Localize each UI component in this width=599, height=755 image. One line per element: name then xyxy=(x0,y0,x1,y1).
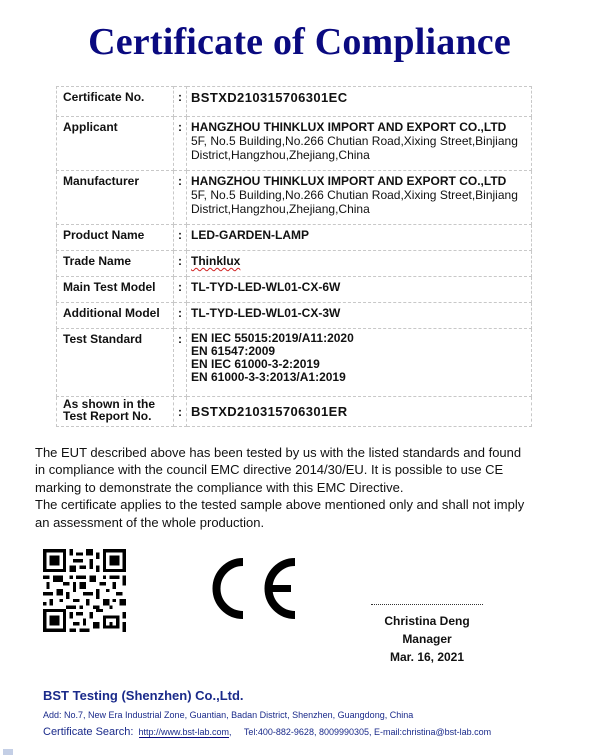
applicant-address-line1: 5F, No.5 Building,No.266 Chutian Road,Xi… xyxy=(191,134,531,148)
separator: : xyxy=(174,303,187,329)
row-certificate-no: Certificate No. : BSTXD210315706301EC xyxy=(57,87,532,117)
qr-code-icon xyxy=(43,549,126,632)
signature-line xyxy=(371,604,483,605)
issuer-address: Add: No.7, New Era Industrial Zone, Guan… xyxy=(43,710,413,720)
value-certificate-no: BSTXD210315706301EC xyxy=(187,87,532,117)
value-main-test-model: TL-TYD-LED-WL01-CX-6W xyxy=(187,277,532,303)
row-applicant: Applicant : HANGZHOU THINKLUX IMPORT AND… xyxy=(57,117,532,171)
separator: : xyxy=(174,397,187,427)
label-test-report-line2: Test Report No. xyxy=(63,410,173,422)
ce-mark-icon xyxy=(205,556,300,621)
certificate-details-table: Certificate No. : BSTXD210315706301EC Ap… xyxy=(56,86,532,427)
statement-line: marking to demonstrate the compliance wi… xyxy=(35,479,555,496)
signature-date: Mar. 16, 2021 xyxy=(360,648,494,666)
signatory-name: Christina Deng xyxy=(360,612,494,630)
applicant-address-line2: District,Hangzhou,Zhejiang,China xyxy=(191,148,531,162)
statement-line: The certificate applies to the tested sa… xyxy=(35,496,555,513)
separator: : xyxy=(174,117,187,171)
value-additional-model: TL-TYD-LED-WL01-CX-3W xyxy=(187,303,532,329)
value-test-report-no: BSTXD210315706301ER xyxy=(187,397,532,427)
value-trade-name: Thinklux xyxy=(191,254,240,268)
separator: : xyxy=(174,251,187,277)
row-test-standard: Test Standard : EN IEC 55015:2019/A11:20… xyxy=(57,329,532,397)
row-test-report-no: As shown in the Test Report No. : BSTXD2… xyxy=(57,397,532,427)
label-additional-model: Additional Model xyxy=(57,303,174,329)
label-product-name: Product Name xyxy=(57,225,174,251)
label-manufacturer: Manufacturer xyxy=(57,171,174,225)
row-manufacturer: Manufacturer : HANGZHOU THINKLUX IMPORT … xyxy=(57,171,532,225)
label-test-standard: Test Standard xyxy=(57,329,174,397)
row-main-test-model: Main Test Model : TL-TYD-LED-WL01-CX-6W xyxy=(57,277,532,303)
applicant-name: HANGZHOU THINKLUX IMPORT AND EXPORT CO.,… xyxy=(191,120,531,134)
label-main-test-model: Main Test Model xyxy=(57,277,174,303)
label-trade-name: Trade Name xyxy=(57,251,174,277)
manufacturer-address-line1: 5F, No.5 Building,No.266 Chutian Road,Xi… xyxy=(191,188,531,202)
test-standard-4: EN 61000-3-3:2013/A1:2019 xyxy=(191,371,531,384)
row-additional-model: Additional Model : TL-TYD-LED-WL01-CX-3W xyxy=(57,303,532,329)
statement-line: in compliance with the council EMC direc… xyxy=(35,461,555,478)
separator: : xyxy=(174,87,187,117)
label-certificate-no: Certificate No. xyxy=(57,87,174,117)
certificate-search-row: Certificate Search: http://www.bst-lab.c… xyxy=(43,726,491,738)
signature-block: Christina Deng Manager Mar. 16, 2021 xyxy=(360,612,494,666)
page-corner-marker xyxy=(3,749,13,755)
contact-info: Tel:400-882-9628, 8009990305, E-mail:chr… xyxy=(244,727,491,737)
statement-line: an assessment of the whole production. xyxy=(35,514,555,531)
statement-line: The EUT described above has been tested … xyxy=(35,444,555,461)
certificate-search-link[interactable]: http://www.bst-lab.com xyxy=(139,727,230,738)
row-trade-name: Trade Name : Thinklux xyxy=(57,251,532,277)
value-product-name: LED-GARDEN-LAMP xyxy=(187,225,532,251)
label-applicant: Applicant xyxy=(57,117,174,171)
separator: : xyxy=(174,171,187,225)
issuer-company: BST Testing (Shenzhen) Co.,Ltd. xyxy=(43,688,244,703)
manufacturer-address-line2: District,Hangzhou,Zhejiang,China xyxy=(191,202,531,216)
manufacturer-name: HANGZHOU THINKLUX IMPORT AND EXPORT CO.,… xyxy=(191,174,531,188)
signatory-role: Manager xyxy=(360,630,494,648)
separator: : xyxy=(174,329,187,397)
row-product-name: Product Name : LED-GARDEN-LAMP xyxy=(57,225,532,251)
separator: : xyxy=(174,225,187,251)
separator: : xyxy=(174,277,187,303)
compliance-statement: The EUT described above has been tested … xyxy=(35,444,555,531)
certificate-search-label: Certificate Search: xyxy=(43,726,133,738)
page-title: Certificate of Compliance xyxy=(0,20,599,64)
